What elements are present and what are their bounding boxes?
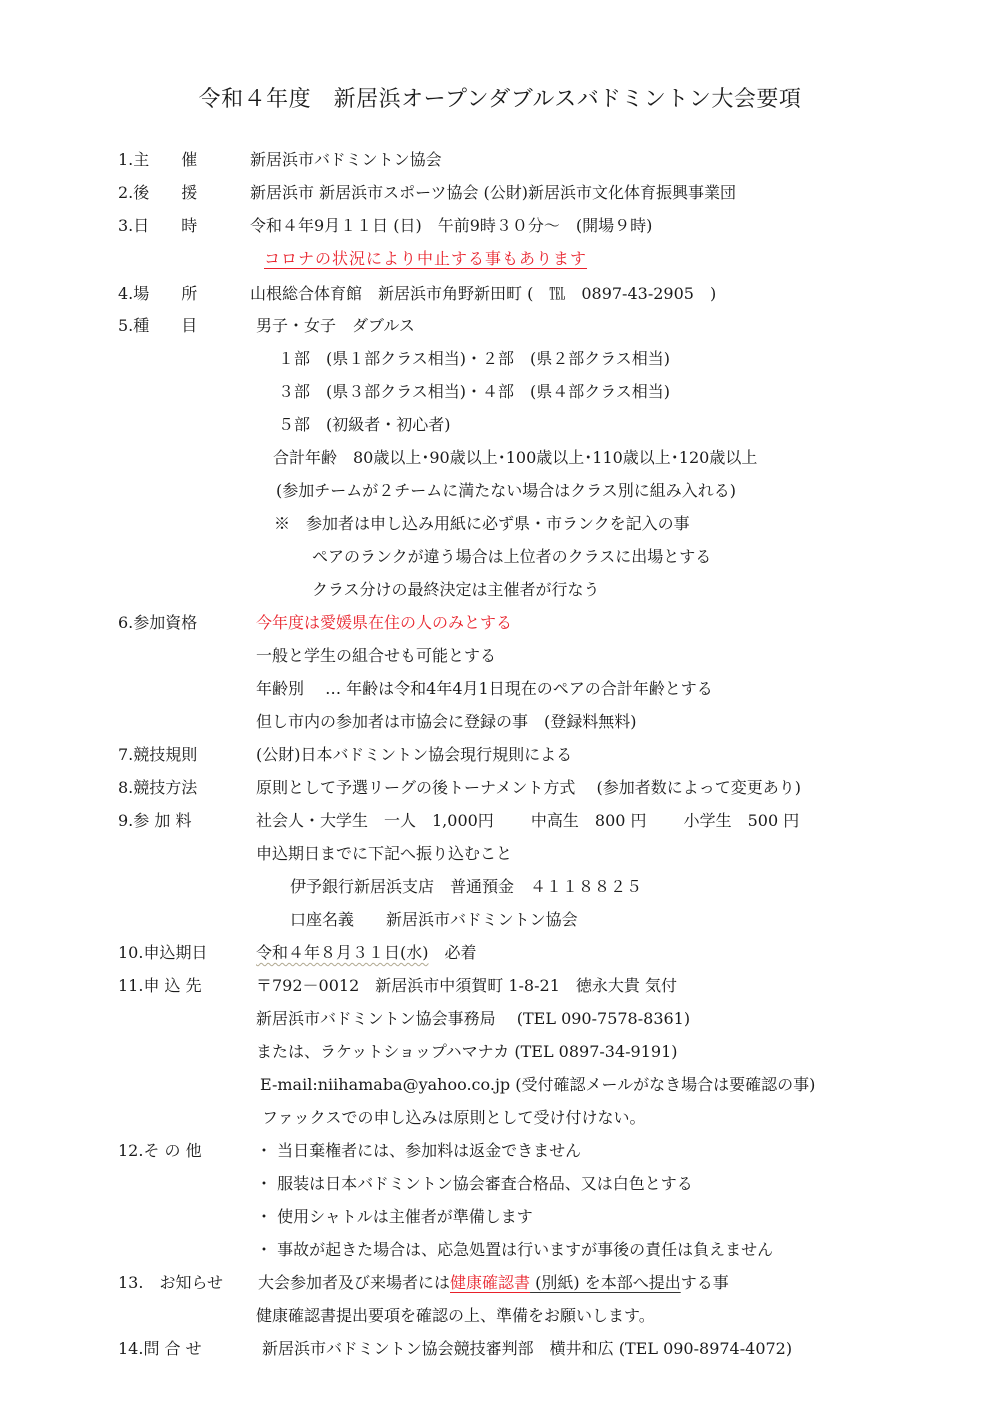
- document-page: 令和４年度 新居浜オープンダブルスバドミントン大会要項 1.主 催 新居浜市バド…: [0, 0, 1000, 1415]
- section-12-item-liability: ・ 事故が起きた場合は、応急処置は行いますが事後の責任は負えません: [256, 1239, 773, 1261]
- section-11-office: 新居浜市バドミントン協会事務局 (TEL 090-7578-8361): [256, 1008, 690, 1030]
- section-5-class-decision-note: クラス分けの最終決定は主催者が行なう: [312, 579, 600, 601]
- deadline-suffix: 必着: [429, 943, 477, 962]
- section-5-division-1-2: １部 (県１部クラス相当)・２部 (県２部クラス相当): [278, 348, 670, 370]
- section-6-residency-requirement: 今年度は愛媛県在住の人のみとする: [256, 612, 512, 634]
- section-7-label: 7.競技規則: [118, 744, 197, 766]
- section-7-rules: (公財)日本バドミントン協会現行規則による: [256, 744, 572, 766]
- section-11-label: 11.申 込 先: [118, 975, 202, 997]
- section-13-health-notice: 大会参加者及び来場者には健康確認書 (別紙) を本部へ提出する事: [258, 1272, 729, 1294]
- section-1-label: 1.主 催: [118, 149, 197, 171]
- section-9-bank-account: 伊予銀行新居浜支店 普通預金 ４１１８８２５: [290, 876, 642, 898]
- section-1-organizer: 新居浜市バドミントン協会: [250, 149, 442, 171]
- section-2-label: 2.後 援: [118, 182, 197, 204]
- section-5-pair-rank-note: ペアのランクが違う場合は上位者のクラスに出場とする: [312, 546, 711, 568]
- section-9-label: 9.参 加 料: [118, 810, 191, 832]
- section-14-contact: 新居浜市バドミントン協会競技審判部 横井和広 (TEL 090-8974-407…: [262, 1338, 792, 1360]
- section-3-datetime: 令和４年9月１１日 (日) 午前9時３０分～ (開場９時): [250, 215, 652, 237]
- deadline-date: 令和４年８月３１日(水): [256, 943, 429, 962]
- section-13-preparation: 健康確認書提出要項を確認の上、準備をお願いします。: [256, 1305, 655, 1327]
- section-6-age-rule: 年齢別 … 年齢は令和4年4月1日現在のペアの合計年齢とする: [256, 678, 713, 700]
- section-10-label: 10.申込期日: [118, 942, 207, 964]
- section-11-email[interactable]: E-mail:niihamaba@yahoo.co.jp (受付確認メールがなき…: [260, 1074, 815, 1096]
- section-11-address: 〒792－0012 新居浜市中須賀町 1-8-21 徳永大貴 気付: [256, 975, 677, 997]
- section-5-event-type: 男子・女子 ダブルス: [256, 315, 415, 337]
- health-notice-suffix: する事: [681, 1273, 729, 1292]
- section-3-label: 3.日 時: [118, 215, 197, 237]
- section-12-item-refund: ・ 当日棄権者には、参加料は返金できません: [256, 1140, 581, 1162]
- section-9-fees: 社会人・大学生 一人 1,000円 中高生 800 円 小学生 500 円: [256, 810, 799, 832]
- health-check-form: 健康確認書: [450, 1273, 530, 1292]
- section-4-label: 4.場 所: [118, 283, 197, 305]
- section-12-label: 12.そ の 他: [118, 1140, 202, 1162]
- section-5-label: 5.種 目: [118, 315, 197, 337]
- section-13-label: 13. お知らせ: [118, 1272, 223, 1294]
- section-6-label: 6.参加資格: [118, 612, 197, 634]
- section-4-venue: 山根総合体育館 新居浜市角野新田町 ( ℡ 0897-43-2905 ): [250, 283, 716, 305]
- document-title: 令和４年度 新居浜オープンダブルスバドミントン大会要項: [0, 82, 1000, 113]
- section-5-team-note: (参加チームが２チームに満たない場合はクラス別に組み入れる): [276, 480, 736, 502]
- section-12-item-shuttle: ・ 使用シャトルは主催者が準備します: [256, 1206, 533, 1228]
- section-6-mixed-pairs: 一般と学生の組合せも可能とする: [256, 645, 496, 667]
- section-5-division-5: ５部 (初級者・初心者): [278, 414, 451, 436]
- section-8-label: 8.競技方法: [118, 777, 197, 799]
- section-12-item-attire: ・ 服装は日本バドミントン協会審査合格品、又は白色とする: [256, 1173, 693, 1195]
- section-9-account-holder: 口座名義 新居浜市バドミントン協会: [290, 909, 578, 931]
- section-2-sponsors: 新居浜市 新居浜市スポーツ協会 (公財)新居浜市文化体育振興事業団: [250, 182, 736, 204]
- covid-cancellation-notice: コロナの状況により中止する事もあります: [264, 248, 587, 270]
- health-notice-prefix: 大会参加者及び来場者には: [258, 1273, 450, 1292]
- section-11-fax-note: ファックスでの申し込みは原則として受け付けない。: [262, 1107, 646, 1129]
- section-5-rank-note: ※ 参加者は申し込み用紙に必ず県・市ランクを記入の事: [274, 513, 690, 535]
- section-6-registration: 但し市内の参加者は市協会に登録の事 (登録料無料): [256, 711, 637, 733]
- section-5-age-groups: 合計年齢 80歳以上･90歳以上･100歳以上･110歳以上･120歳以上: [273, 447, 757, 469]
- section-10-deadline: 令和４年８月３１日(水) 必着: [256, 942, 477, 964]
- section-5-division-3-4: ３部 (県３部クラス相当)・４部 (県４部クラス相当): [278, 381, 670, 403]
- section-14-label: 14.問 合 せ: [118, 1338, 202, 1360]
- health-notice-underlined: (別紙) を本部へ提出: [530, 1273, 681, 1292]
- section-11-racket-shop: または、ラケットショップハマナカ (TEL 0897-34-9191): [256, 1041, 678, 1063]
- section-8-format: 原則として予選リーグの後トーナメント方式 (参加者数によって変更あり): [256, 777, 801, 799]
- section-9-payment-instruction: 申込期日までに下記へ振り込むこと: [256, 843, 512, 865]
